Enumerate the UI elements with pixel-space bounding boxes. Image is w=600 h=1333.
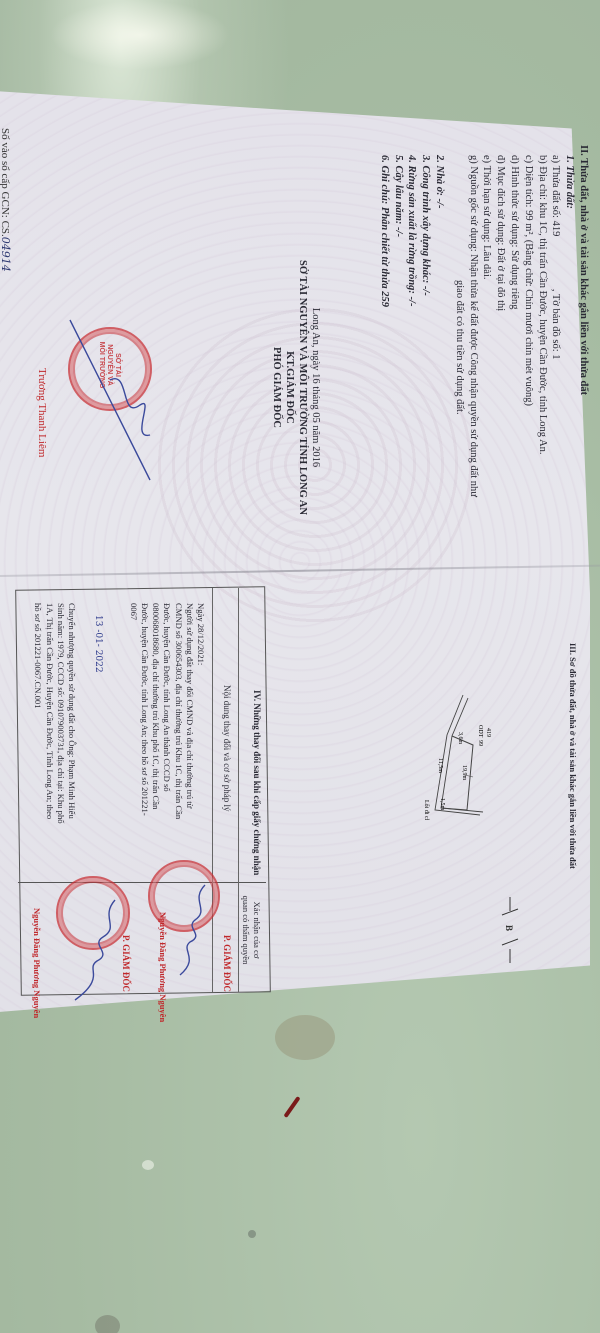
- signature-entry-2: [55, 895, 130, 1005]
- entry-2-confirm-title: P. GIÁM ĐỐC: [121, 935, 131, 992]
- section-mark-letter: B: [504, 925, 514, 931]
- column-header-changes: Nội dung thay đổi và cơ sở pháp lý: [222, 685, 232, 812]
- entry-2-confirm-signer: Nguyễn Đăng Phương Nguyên: [32, 908, 42, 1018]
- usage-origin-row: g) Nguồn gốc sử dụng: Nhận thừa kế đất đ…: [466, 145, 480, 497]
- column-header-confirmation: Xác nhận của cơ quan có thẩm quyền: [240, 895, 262, 965]
- plot-dim-right: 19,9m: [461, 765, 467, 781]
- gcn-number-value: 04914: [0, 237, 12, 272]
- surface-stain: [275, 1015, 335, 1060]
- perennial-tree-row: 5. Cây lâu năm: -/-: [391, 145, 405, 497]
- gcn-number-label: Số vào sổ cấp GCN: CS.: [0, 128, 11, 237]
- other-construction-row: 3. Công trình xây dựng khác: -/-: [418, 145, 432, 497]
- cross-section-marker: B: [490, 895, 530, 965]
- section-2-title: II. Thửa đất, nhà ở và tài sản khác gắn …: [576, 145, 590, 497]
- issuance-signature-block: Long An, ngày 16 tháng 05 năm 2016 SỞ TÀ…: [270, 260, 322, 515]
- forest-row: 4. Rừng sản xuất là rừng trồng: -/-: [405, 145, 419, 497]
- kt-director: KT.GIÁM ĐỐC: [283, 260, 296, 515]
- entry-1-confirm-title: P. GIÁM ĐỐC: [222, 935, 232, 992]
- plot-land-type: ODT: [477, 725, 483, 738]
- section-2-land-info: II. Thửa đất, nhà ở và tài sản khác gắn …: [377, 145, 590, 497]
- table-divider: [238, 588, 239, 992]
- signer-name: Trương Thanh Liêm: [36, 368, 48, 457]
- surface-stain: [95, 1315, 120, 1333]
- plot-area: 99: [477, 740, 483, 746]
- plot-parcel-number: 419: [485, 728, 491, 737]
- issue-place-date: Long An, ngày 16 tháng 05 năm 2016: [309, 260, 322, 515]
- surface-stain: [142, 1160, 154, 1170]
- land-parcel-heading: 1. Thửa đất:: [562, 145, 576, 497]
- table-divider: [18, 882, 266, 883]
- plot-road-label: Lối đi chung 1,5m: [423, 800, 430, 820]
- change-entry-1: Ngày 28/12/2021: Người sử dụng đất thay …: [128, 603, 206, 819]
- usage-origin-row-cont: giao đất có thu tiền sử dụng đất.: [452, 145, 466, 497]
- issuing-organization: SỞ TÀI NGUYÊN VÀ MÔI TRƯỜNG TỈNH LONG AN: [296, 260, 309, 515]
- parcel-number-row: a) Thửa đất số: 419 , Tờ bản đồ số: 1: [549, 145, 563, 497]
- surface-stain: [248, 1230, 256, 1238]
- section-3-title: III. Sơ đồ thửa đất, nhà ở và tài sản kh…: [568, 643, 578, 869]
- usage-term-row: e) Thời hạn sử dụng: Lâu dài.: [480, 145, 494, 497]
- entry-1-date: Ngày 28/12/2021:: [195, 603, 206, 819]
- land-plot-sketch: ODT 419 99 3,6m 19,9m 11,5m 1,5m Lối đi …: [395, 690, 495, 820]
- plot-dim-bottom: 1,5m: [439, 798, 445, 811]
- plot-dim-left: 11,5m: [437, 758, 443, 773]
- section-4-title: IV. Những thay đổi sau khi cấp giấy chứn…: [252, 690, 262, 875]
- map-sheet-number: , Tờ bản đồ số: 1: [550, 289, 561, 360]
- gcn-entry-number: Số vào sổ cấp GCN: CS.04914: [0, 128, 12, 272]
- light-glare: [50, 0, 230, 70]
- signature-director: [60, 310, 170, 510]
- change-entry-2: Chuyển nhượng quyền sử dụng đất cho Ông:…: [32, 603, 90, 824]
- entry-1-confirm-signer: Nguyễn Đăng Phương Nguyên: [158, 912, 168, 1022]
- house-row: 2. Nhà ở: -/-: [432, 145, 446, 497]
- usage-form-row: d) Hình thức sử dụng: Sử dụng riêng: [507, 145, 521, 497]
- area-row: c) Diện tích: 99 m², (Bằng chữ: Chín mươ…: [521, 145, 535, 497]
- plot-dim-top: 3,6m: [457, 732, 463, 745]
- deputy-director-title: PHÓ GIÁM ĐỐC: [270, 260, 283, 515]
- entry-2-date: 13 -01- 2022: [93, 615, 103, 673]
- notes-row: 6. Ghi chú: Phân chiết từ thửa 259: [377, 145, 391, 497]
- address-row: b) Địa chỉ: khu 1C, thị trấn Cần Đước, h…: [535, 145, 549, 497]
- usage-purpose-row: đ) Mục đích sử dụng: Đất ở tại đô thị: [493, 145, 507, 497]
